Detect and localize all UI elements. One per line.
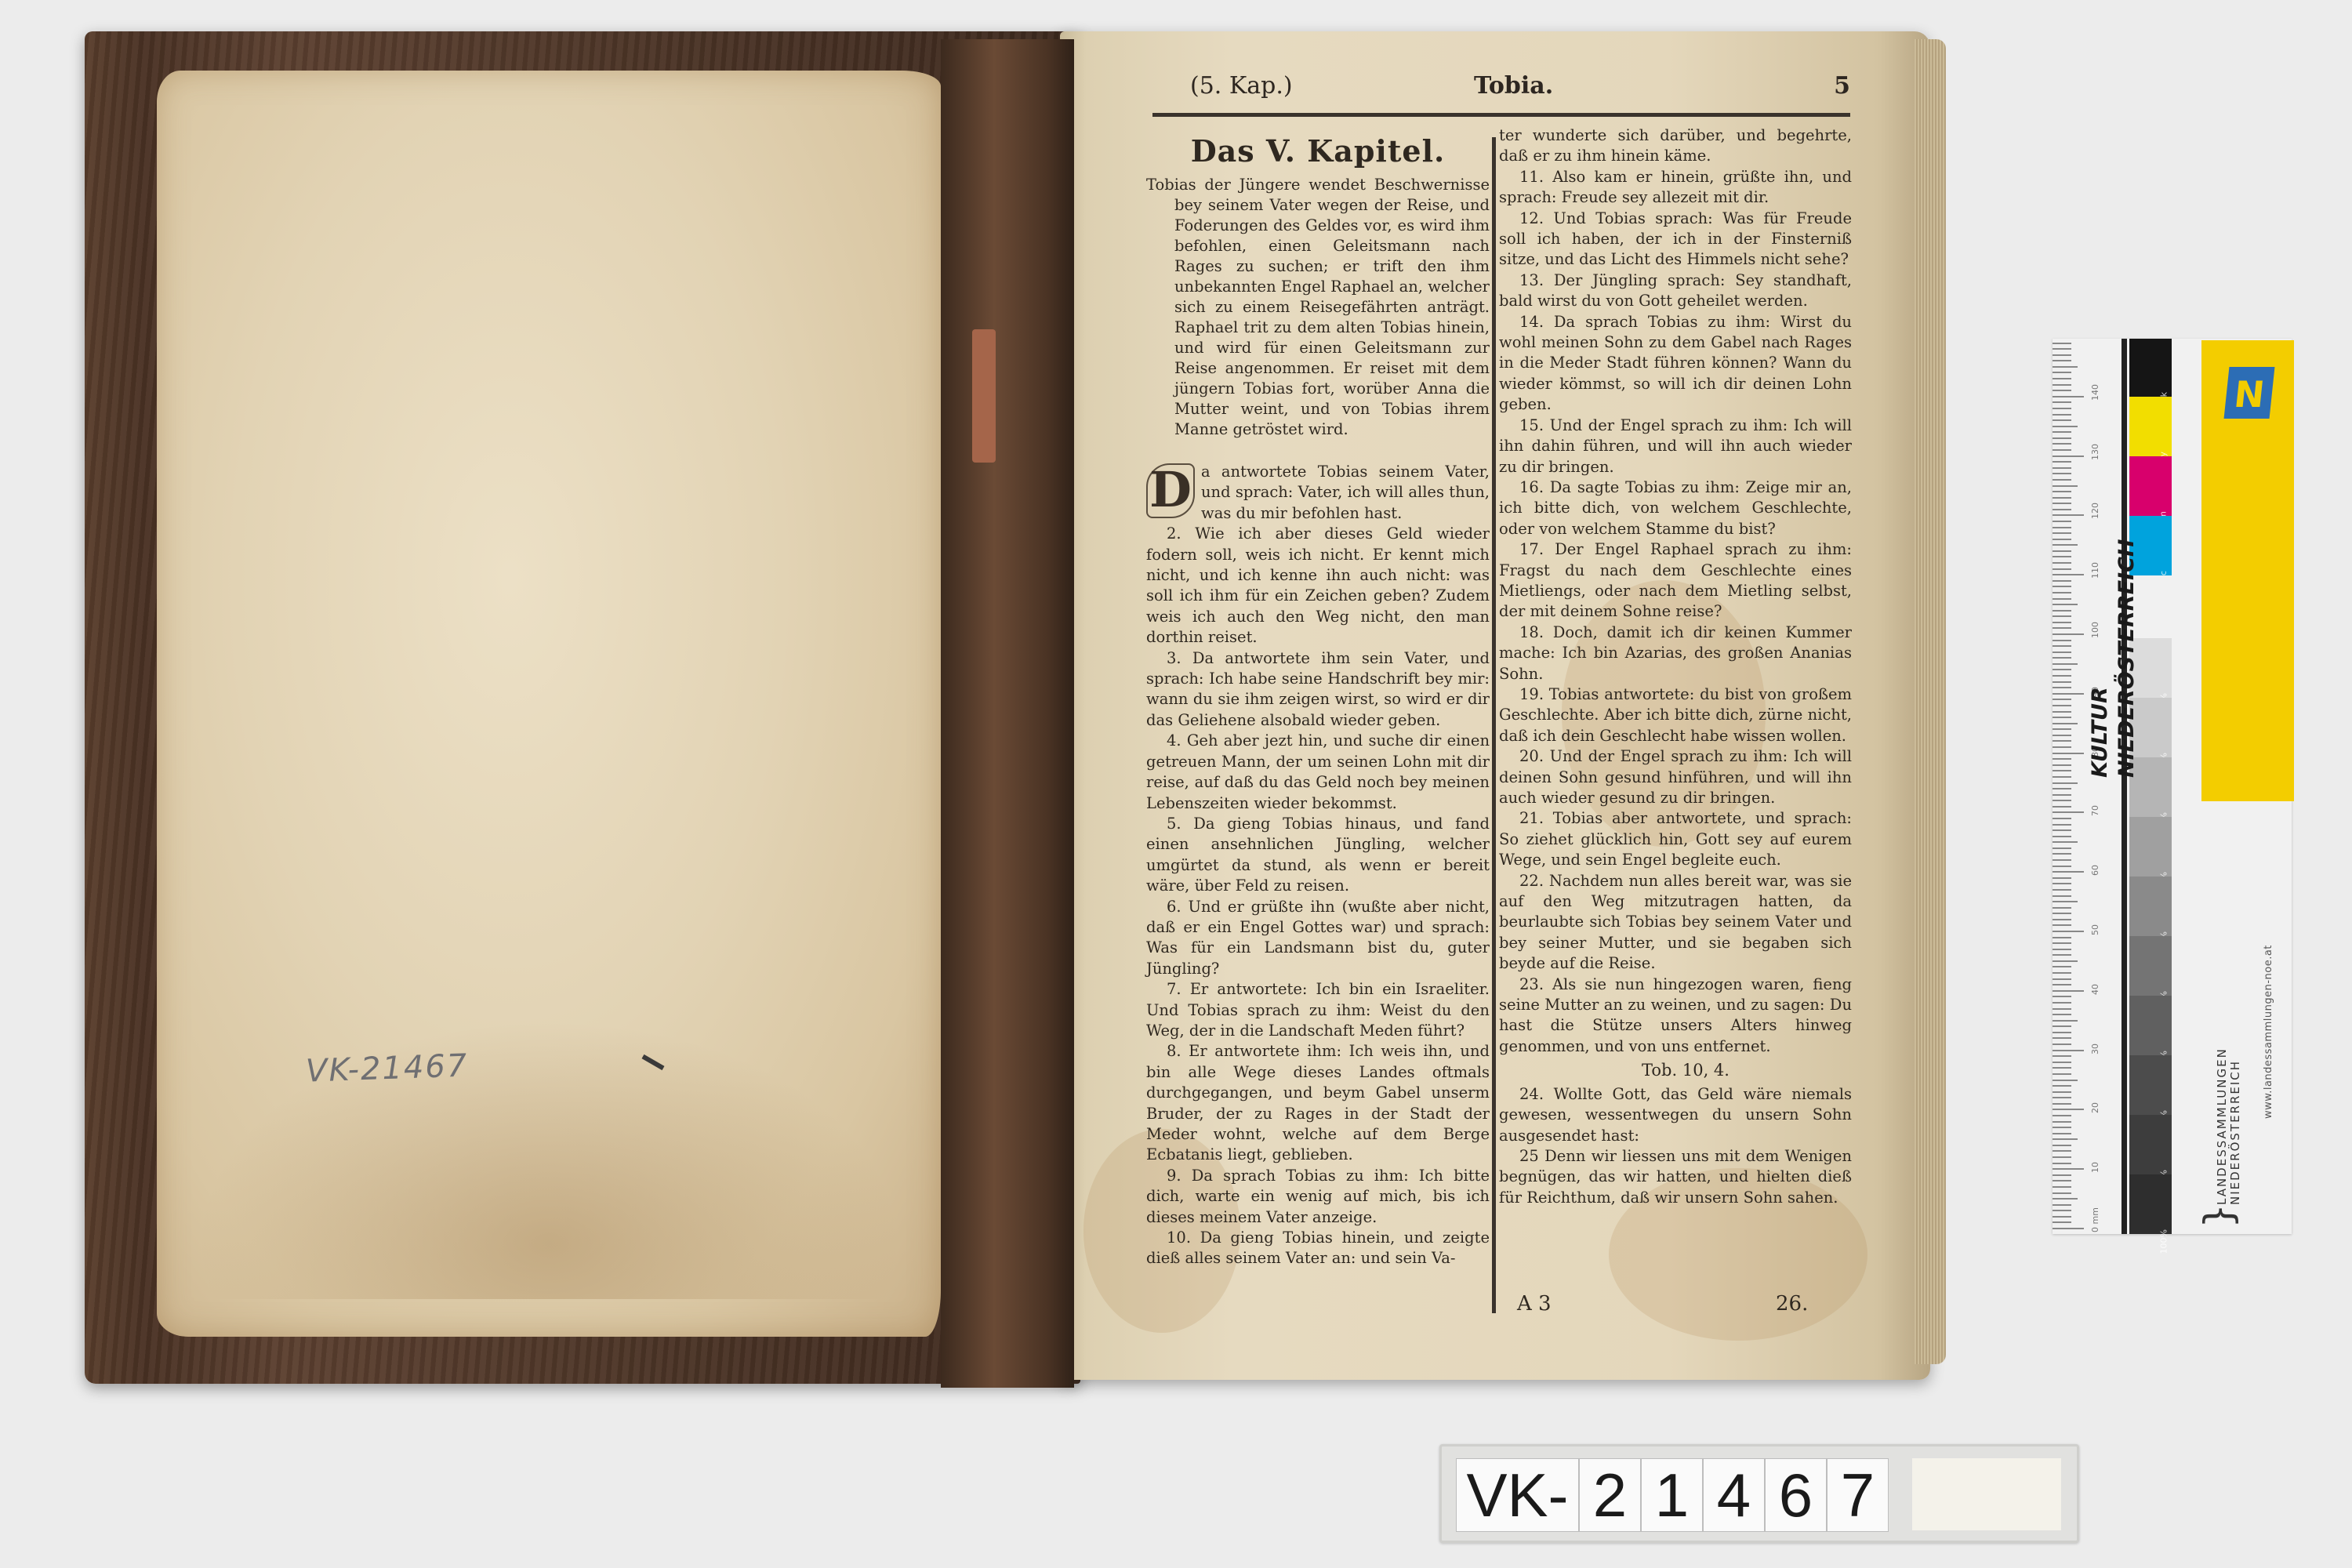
ruler-tick	[2053, 580, 2071, 582]
ruler-tick	[2053, 937, 2071, 938]
ruler-tick	[2053, 550, 2071, 552]
verse: 4. Geh aber jezt hin, und suche dir eine…	[1146, 731, 1490, 814]
ruler-tick	[2053, 456, 2084, 457]
ruler-tick	[2053, 949, 2071, 950]
ruler-tick	[2053, 592, 2071, 593]
ruler-tick	[2053, 1127, 2071, 1128]
ruler-tick	[2053, 836, 2071, 837]
ruler-tick	[2053, 610, 2071, 612]
ruler-tick	[2053, 1085, 2071, 1087]
ruler-tick	[2053, 883, 2071, 884]
ruler-tick	[2053, 824, 2071, 826]
ruler-tick	[2053, 1032, 2071, 1033]
ruler-tick	[2053, 568, 2071, 570]
inventory-blank-slot	[1912, 1458, 2061, 1530]
ruler-tick	[2053, 1080, 2078, 1081]
ruler-tick	[2053, 687, 2071, 688]
page-edges	[1915, 39, 1946, 1364]
ruler-tick	[2053, 895, 2071, 897]
drop-cap: D	[1146, 463, 1195, 518]
brand-block: N	[2201, 340, 2294, 801]
ruler-tick	[2053, 811, 2084, 813]
ruler-tick	[2053, 996, 2071, 997]
ruler-tick	[2053, 675, 2071, 677]
ruler-tick	[2053, 604, 2078, 605]
ruler-tick	[2053, 1150, 2071, 1152]
ruler-tick	[2053, 758, 2071, 760]
ruler-tick	[2053, 1020, 2078, 1022]
ruler-tick	[2053, 740, 2071, 742]
ruler-tick	[2053, 841, 2078, 843]
ruler-tick	[2053, 1097, 2071, 1098]
header-rule	[1152, 113, 1850, 117]
ruler-tick	[2053, 978, 2071, 980]
book-spine	[941, 39, 1074, 1388]
ruler-tick	[2053, 1025, 2071, 1027]
ruler-tick	[2053, 348, 2071, 350]
ruler-tick	[2053, 848, 2071, 849]
ruler-tick	[2053, 1174, 2071, 1176]
inventory-label: VK- 2 1 4 6 7	[1439, 1444, 2079, 1543]
ruler-tick	[2053, 735, 2071, 736]
verse: 19. Tobias antwortete: du bist von große…	[1499, 684, 1852, 746]
verse: 17. Der Engel Raphael sprach zu ihm: Fra…	[1499, 539, 1852, 622]
ruler-tick	[2053, 419, 2071, 421]
chapter-title: Das V. Kapitel.	[1146, 133, 1490, 169]
verse: 9. Da sprach Tobias zu ihm: Ich bitte di…	[1146, 1166, 1490, 1228]
verse: 16. Da sagte Tobias zu ihm: Zeige mir an…	[1499, 477, 1852, 539]
ruler-tick	[2053, 633, 2084, 635]
ruler-tick	[2053, 539, 2071, 540]
ruler-tick	[2053, 889, 2071, 891]
verse: 14. Da sprach Tobias zu ihm: Wirst du wo…	[1499, 312, 1852, 416]
ruler-label: 50	[2090, 924, 2100, 935]
ruler-label: 20	[2090, 1102, 2100, 1113]
ruler-tick	[2053, 782, 2078, 784]
ruler-tick	[2053, 443, 2071, 445]
swatch-gray-70: 70%	[2129, 996, 2172, 1055]
signature-mark: A 3	[1517, 1292, 1552, 1316]
ruler-tick	[2053, 942, 2071, 944]
handwritten-inventory-number: VK-21467	[305, 1047, 469, 1089]
ruler-tick	[2053, 829, 2071, 831]
ruler-tick	[2053, 723, 2078, 724]
ruler-tick	[2053, 1002, 2071, 1004]
verse-1: D a antwortete Tobias seinem Vater, und …	[1146, 462, 1490, 524]
ruler-tick	[2053, 1067, 2071, 1069]
ruler-tick	[2053, 1168, 2084, 1170]
ruler-tick	[2053, 699, 2071, 700]
swatch-gray-100: 100%	[2129, 1174, 2172, 1234]
ruler-tick	[2053, 693, 2084, 695]
ruler-tick	[2053, 924, 2071, 926]
ruler-tick	[2053, 984, 2071, 985]
ruler-tick	[2053, 960, 2078, 962]
verse: 8. Er antwortete ihm: Ich weis ihn, und …	[1146, 1041, 1490, 1165]
ruler-tick	[2053, 711, 2071, 713]
inventory-digit: 4	[1703, 1458, 1765, 1532]
verse: 18. Doch, damit ich dir keinen Kummer ma…	[1499, 622, 1852, 684]
ruler-label: 10	[2090, 1162, 2100, 1173]
ruler-tick	[2053, 390, 2071, 391]
brand-line-2: NIEDERÖSTERREICH	[2114, 370, 2140, 778]
ruler-tick	[2053, 966, 2071, 967]
cover-pastedown-paper	[157, 71, 941, 1337]
ruler-label: 70	[2090, 805, 2100, 816]
ruler-tick	[2053, 919, 2071, 920]
verse: 6. Und er grüßte ihn (wußte aber nicht, …	[1146, 897, 1490, 980]
ruler-tick	[2053, 681, 2071, 683]
ruler-tick	[2053, 598, 2071, 600]
ruler-tick	[2053, 408, 2071, 409]
ruler-tick	[2053, 657, 2071, 659]
ruler-label: 0 mm	[2090, 1207, 2100, 1232]
ruler-tick	[2053, 521, 2071, 522]
swatch-gray-60: 60%	[2129, 936, 2172, 996]
ruler-tick	[2053, 378, 2071, 379]
ruler-tick	[2053, 640, 2071, 641]
verse: 12. Und Tobias sprach: Was für Freude so…	[1499, 209, 1852, 270]
ruler-tick	[2053, 1192, 2071, 1194]
ruler-tick	[2053, 1073, 2071, 1075]
ruler-tick	[2053, 1145, 2071, 1146]
inventory-digit: 2	[1579, 1458, 1641, 1532]
ruler-tick	[2053, 705, 2071, 706]
ruler-tick	[2053, 503, 2071, 504]
ruler-tick	[2053, 717, 2071, 718]
ruler-tick	[2053, 360, 2071, 361]
ruler-tick	[2053, 1115, 2071, 1116]
cross-reference: Tob. 10, 4.	[1499, 1060, 1852, 1080]
ruler-label: 60	[2090, 865, 2100, 876]
ruler-tick	[2053, 669, 2071, 670]
inventory-digit: 1	[1641, 1458, 1703, 1532]
ruler-tick	[2053, 479, 2071, 481]
verse-continuation: ter wunderte sich darüber, und begehrte,…	[1499, 125, 1852, 167]
verse: 25 Denn wir liessen uns mit dem Wenigen …	[1499, 1146, 1852, 1208]
right-column: ter wunderte sich darüber, und begehrte,…	[1499, 125, 1852, 1208]
verse: 22. Nachdem nun alles bereit war, was si…	[1499, 871, 1852, 975]
page-number: 5	[1834, 72, 1850, 100]
ruler-tick	[2053, 396, 2084, 397]
ruler-tick	[2053, 871, 2084, 873]
ruler-tick	[2053, 764, 2071, 766]
swatch-gray-90: 90%	[2129, 1115, 2172, 1174]
brace-icon: }	[2196, 1203, 2241, 1229]
ruler-tick	[2053, 1198, 2078, 1200]
ruler-tick	[2053, 586, 2071, 587]
swatch-gray-80: 80%	[2129, 1055, 2172, 1115]
ruler-tick	[2053, 1109, 2084, 1110]
ruler-tick	[2053, 776, 2071, 778]
verse: 21. Tobias aber antwortete, und sprach: …	[1499, 808, 1852, 870]
ruler-tick	[2053, 1221, 2071, 1223]
ruler-tick	[2053, 1044, 2071, 1045]
ruler-tick	[2053, 1133, 2071, 1134]
inventory-digit: 7	[1827, 1458, 1889, 1532]
verse: 20. Und der Engel sprach zu ihm: Ich wil…	[1499, 746, 1852, 808]
ruler-tick	[2053, 788, 2071, 789]
verse: 7. Er antwortete: Ich bin ein Israeliter…	[1146, 979, 1490, 1041]
ruler-tick	[2053, 645, 2071, 647]
ruler-tick	[2053, 509, 2071, 510]
ruler-tick	[2053, 1204, 2071, 1206]
chapter-summary: Tobias der Jüngere wendet Beschwernisse …	[1146, 175, 1490, 440]
ruler-tick	[2053, 1216, 2071, 1218]
ruler-tick	[2053, 544, 2078, 546]
verse: 10. Da gieng Tobias hinein, und zeigte d…	[1146, 1228, 1490, 1269]
ruler-tick	[2053, 1050, 2084, 1051]
ruler-tick	[2053, 913, 2071, 914]
ruler-tick	[2053, 1121, 2071, 1123]
ruler-tick	[2053, 931, 2084, 932]
ruler-tick	[2053, 1014, 2071, 1015]
ruler-tick	[2053, 794, 2071, 796]
ruler-tick	[2053, 384, 2071, 386]
ruler-tick	[2053, 622, 2071, 623]
ruler-tick	[2053, 818, 2071, 819]
inventory-prefix: VK-	[1456, 1458, 1579, 1532]
color-scale-card: 0 mm102030405060708090100110120130140 k …	[2053, 339, 2292, 1234]
verse: 23. Als sie nun hingezogen waren, fieng …	[1499, 975, 1852, 1058]
ruler-tick	[2053, 853, 2071, 855]
ruler-tick	[2053, 1163, 2071, 1164]
ruler-tick	[2053, 414, 2071, 416]
spine-tear	[972, 329, 996, 463]
verse: 15. Und der Engel sprach zu ihm: Ich wil…	[1499, 416, 1852, 477]
ruler-tick	[2053, 954, 2071, 956]
org-line-1: LANDESSAMMLUNGEN	[2216, 1017, 2229, 1205]
verse: 5. Da gieng Tobias hinaus, und fand eine…	[1146, 814, 1490, 897]
ruler-tick	[2053, 532, 2071, 534]
ruler-tick	[2053, 1138, 2078, 1140]
ruler-tick	[2053, 366, 2078, 368]
verse: 13. Der Jüngling sprach: Sey standhaft, …	[1499, 270, 1852, 312]
catchword: 26.	[1776, 1292, 1808, 1316]
org-line-2: NIEDERÖSTERREICH	[2229, 1017, 2242, 1205]
website-url: www.landessammlungen-noe.at	[2263, 805, 2274, 1119]
ruler-tick	[2053, 615, 2071, 617]
ruler-tick	[2053, 449, 2071, 451]
ruler-tick	[2053, 652, 2071, 653]
noe-logo-icon: N	[2224, 367, 2275, 419]
verse: 3. Da antwortete ihm sein Vater, und spr…	[1146, 648, 1490, 731]
inventory-cells: VK- 2 1 4 6 7	[1456, 1458, 1889, 1530]
ruler-tick	[2053, 866, 2071, 867]
ruler-tick	[2053, 1062, 2071, 1063]
swatch-gray-40: 40%	[2129, 817, 2172, 877]
ruler-tick	[2053, 806, 2071, 808]
ruler-tick	[2053, 728, 2071, 730]
brand-text: KULTUR NIEDERÖSTERREICH	[2087, 370, 2140, 778]
swatch-gray-50: 50%	[2129, 877, 2172, 936]
running-head-book: Tobia.	[1474, 72, 1553, 100]
ruler-tick	[2053, 372, 2071, 373]
left-column: Das V. Kapitel. Tobias der Jüngere wende…	[1146, 125, 1490, 1269]
paper-stain	[196, 1020, 902, 1298]
ruler-tick	[2053, 431, 2071, 433]
verse: 2. Wie ich aber dieses Geld wieder foder…	[1146, 524, 1490, 648]
ruler-tick	[2053, 972, 2071, 974]
ruler-tick	[2053, 627, 2071, 629]
ruler-tick	[2053, 1186, 2071, 1188]
ruler-tick	[2053, 1008, 2071, 1010]
ruler-tick	[2053, 770, 2071, 771]
ruler-tick	[2053, 461, 2071, 463]
running-head: (5. Kap.) Tobia. 5	[1152, 72, 1850, 103]
ruler-tick	[2053, 1156, 2071, 1158]
ruler-tick	[2053, 1180, 2071, 1181]
ruler-tick	[2053, 1091, 2071, 1093]
org-name: LANDESSAMMLUNGEN NIEDERÖSTERREICH	[2216, 1017, 2242, 1205]
ruler-tick	[2053, 497, 2071, 499]
ruler-tick	[2053, 1037, 2071, 1039]
ruler-tick	[2053, 574, 2084, 575]
ruler-tick	[2053, 485, 2078, 487]
ruler-tick	[2053, 491, 2071, 492]
ruler-tick	[2053, 354, 2071, 356]
ruler-tick	[2053, 1210, 2071, 1211]
ruler-label: 40	[2090, 984, 2100, 995]
ruler-tick	[2053, 800, 2071, 801]
ruler-tick	[2053, 426, 2078, 427]
brand-line-1: KULTUR	[2087, 370, 2114, 778]
ruler-tick	[2053, 1103, 2071, 1105]
ruler-tick	[2053, 343, 2071, 344]
ruler-tick	[2053, 1228, 2084, 1229]
ruler-tick	[2053, 401, 2071, 403]
verse-text: a antwortete Tobias seinem Vater, und sp…	[1201, 463, 1490, 522]
ruler-tick	[2053, 527, 2071, 528]
ruler-tick	[2053, 514, 2084, 516]
column-divider	[1492, 137, 1496, 1313]
ruler-tick	[2053, 746, 2071, 748]
inventory-digit: 6	[1765, 1458, 1827, 1532]
ruler-tick	[2053, 859, 2071, 861]
verse: 11. Also kam er hinein, grüßte ihn, und …	[1499, 167, 1852, 209]
verse: 24. Wollte Gott, das Geld wäre niemals g…	[1499, 1084, 1852, 1146]
ruler-tick	[2053, 990, 2084, 992]
ruler-tick	[2053, 1055, 2071, 1057]
ruler-tick	[2053, 663, 2078, 665]
ruler-tick	[2053, 473, 2071, 474]
ruler-tick	[2053, 437, 2071, 439]
ruler-tick	[2053, 901, 2078, 902]
ruler-tick	[2053, 907, 2071, 909]
ruler-label: 30	[2090, 1044, 2100, 1054]
ruler-tick	[2053, 467, 2071, 469]
ruler-tick	[2053, 877, 2071, 879]
ruler-tick	[2053, 753, 2084, 754]
ruler-tick	[2053, 556, 2071, 557]
running-head-chapter: (5. Kap.)	[1190, 72, 1293, 100]
ruler-tick	[2053, 562, 2071, 564]
